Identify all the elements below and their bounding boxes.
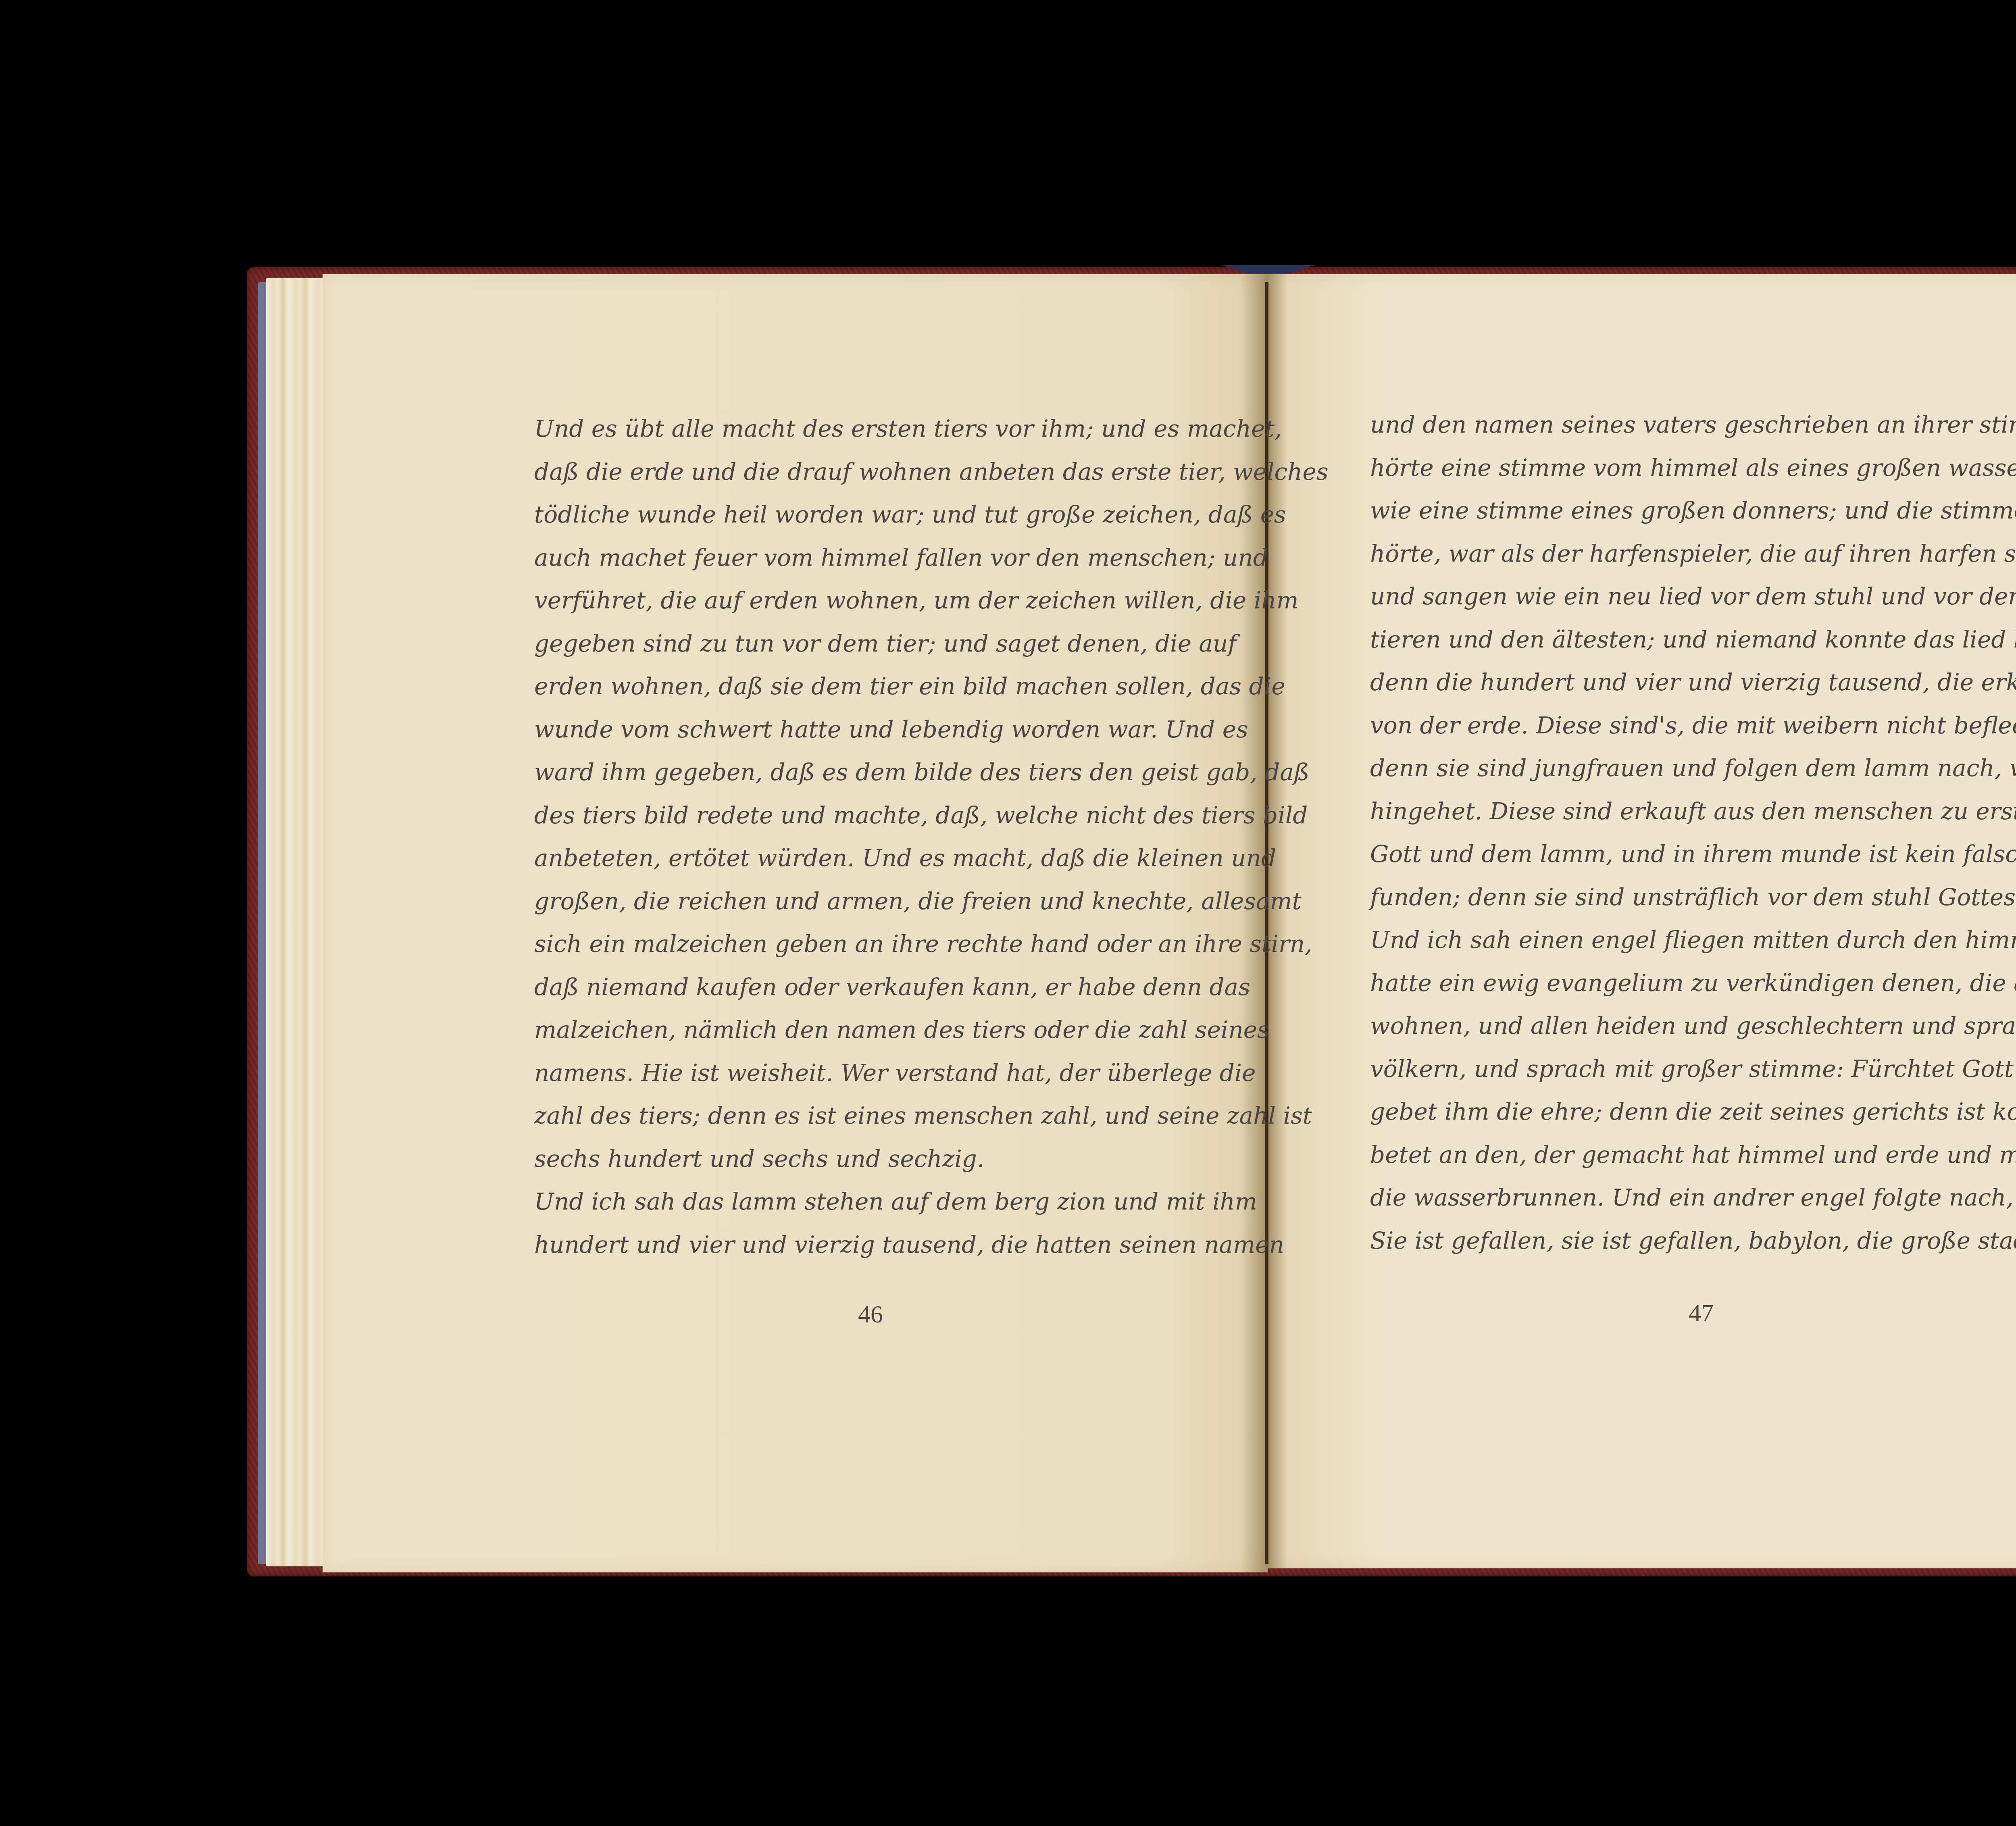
text-line: daß die erde und die drauf wohnen anbete…	[534, 450, 1187, 493]
text-line: hundert und vier und vierzig tausend, di…	[534, 1223, 1187, 1266]
text-line: denn sie sind jungfrauen und folgen dem …	[1370, 747, 2016, 790]
left-page-text: Und es übt alle macht des ersten tiers v…	[534, 407, 1187, 1266]
right-page-text: und den namen seines vaters geschrieben …	[1370, 403, 2016, 1262]
text-line: erden wohnen, daß sie dem tier ein bild …	[534, 665, 1187, 708]
text-line: hingehet. Diese sind erkauft aus den men…	[1370, 790, 2016, 833]
text-line: verführet, die auf erden wohnen, um der …	[534, 579, 1187, 622]
text-line: und den namen seines vaters geschrieben …	[1370, 403, 2016, 446]
text-line: Gott und dem lamm, und in ihrem munde is…	[1370, 833, 2016, 876]
text-line: sechs hundert und sechs und sechzig.	[534, 1137, 1187, 1181]
text-line: großen, die reichen und armen, die freie…	[534, 880, 1187, 923]
page-number-right: 47	[1689, 1299, 1714, 1328]
text-line: Und ich sah einen engel fliegen mitten d…	[1370, 918, 2016, 962]
text-line: wohnen, und allen heiden und geschlechte…	[1370, 1004, 2016, 1047]
text-line: betet an den, der gemacht hat himmel und…	[1370, 1133, 2016, 1176]
text-line: namens. Hie ist weisheit. Wer verstand h…	[534, 1051, 1187, 1095]
text-line: ward ihm gegeben, daß es dem bilde des t…	[534, 751, 1187, 794]
text-line: hörte, war als der harfenspieler, die au…	[1370, 532, 2016, 575]
text-line: und sangen wie ein neu lied vor dem stuh…	[1370, 575, 2016, 618]
text-line: anbeteten, ertötet würden. Und es macht,…	[534, 837, 1187, 880]
text-line: sich ein malzeichen geben an ihre rechte…	[534, 922, 1187, 966]
text-line: Und ich sah das lamm stehen auf dem berg…	[534, 1180, 1187, 1223]
page-number-left: 46	[858, 1300, 883, 1329]
text-line: auch machet feuer vom himmel fallen vor …	[534, 536, 1187, 579]
text-line: des tiers bild redete und machte, daß, w…	[534, 794, 1187, 837]
text-line: gegeben sind zu tun vor dem tier; und sa…	[534, 622, 1187, 665]
text-line: von der erde. Diese sind's, die mit weib…	[1370, 704, 2016, 747]
text-line: hörte eine stimme vom himmel als eines g…	[1370, 446, 2016, 489]
text-line: wunde vom schwert hatte und lebendig wor…	[534, 708, 1187, 751]
text-line: funden; denn sie sind unsträflich vor de…	[1370, 876, 2016, 919]
text-line: hatte ein ewig evangelium zu verkündigen…	[1370, 962, 2016, 1005]
text-line: denn die hundert und vier und vierzig ta…	[1370, 661, 2016, 704]
text-line: tieren und den ältesten; und niemand kon…	[1370, 618, 2016, 661]
text-line: die wasserbrunnen. Und ein andrer engel …	[1370, 1176, 2016, 1219]
text-line: wie eine stimme eines großen donners; un…	[1370, 489, 2016, 532]
text-line: Sie ist gefallen, sie ist gefallen, baby…	[1370, 1219, 2016, 1262]
text-line: daß niemand kaufen oder verkaufen kann, …	[534, 966, 1187, 1009]
text-line: tödliche wunde heil worden war; und tut …	[534, 493, 1187, 536]
text-line: völkern, und sprach mit großer stimme: F…	[1370, 1047, 2016, 1091]
text-line: zahl des tiers; denn es ist eines mensch…	[534, 1094, 1187, 1137]
text-line: malzeichen, nämlich den namen des tiers …	[534, 1008, 1187, 1051]
text-line: gebet ihm die ehre; denn die zeit seines…	[1370, 1090, 2016, 1133]
text-line: Und es übt alle macht des ersten tiers v…	[534, 407, 1187, 450]
